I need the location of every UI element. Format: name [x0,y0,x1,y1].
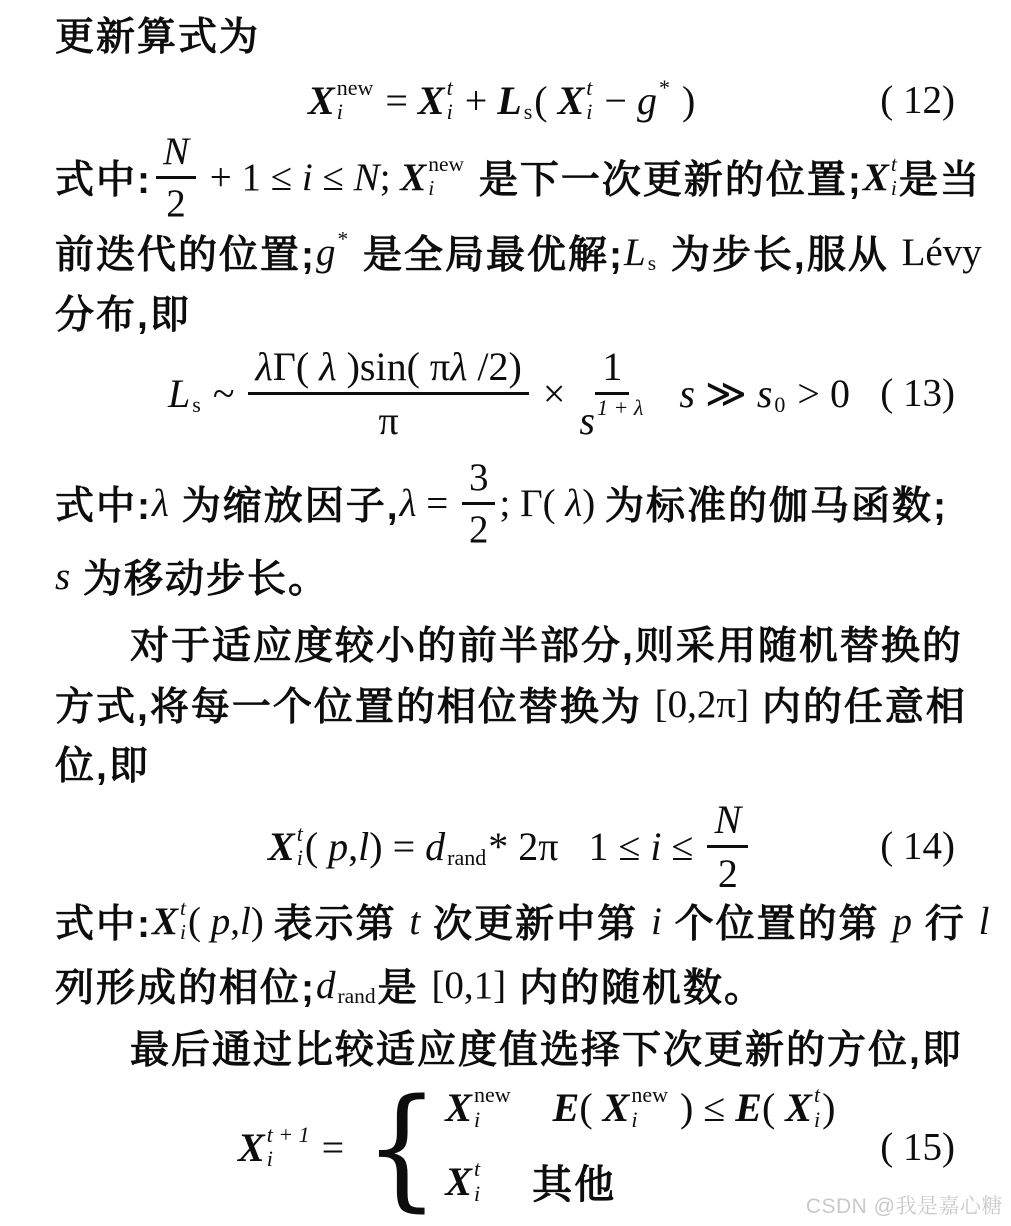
text-fragment: 是下一次更新的位置; [466,149,863,205]
text-fragment: ( [762,1084,785,1131]
text-fragment: ) = [369,823,425,870]
left-brace: { [364,1088,439,1207]
text-fragment: 分布,即 [55,284,191,340]
text-fragment: π [379,397,399,444]
variable: Xti [445,1158,482,1205]
text-fragment: s [55,554,70,599]
text-fragment: = [312,1124,355,1171]
text-fragment: l [358,823,369,870]
text-fragment: 其他 [532,1153,616,1210]
text-fragment: ( [579,1084,602,1131]
variable: Ls [168,370,203,417]
equation-15-number: ( 15) [880,1125,955,1170]
variable: Xnewi [308,77,375,124]
text-fragment: p [892,899,912,944]
text-fragment: λ [565,481,582,526]
text-fragment: ≤ [313,155,354,200]
text-fragment: l [979,899,990,944]
equation-15-lhs: Xt + 1i = [238,1124,354,1171]
text-fragment: 为移动步长。 [70,548,329,604]
variable: Ls [624,229,658,274]
variable: Xnewi [445,1084,512,1131]
text-fragment: 是当 [899,149,981,205]
text-fragment: Lévy [902,230,982,275]
text-fragment: i [302,155,313,200]
text-fragment: ≫ [695,370,757,417]
text-fragment: λ [152,481,169,526]
variable: g* [637,77,672,124]
text-fragment: 对于适应度较小的前半部分,则采用随机替换的 [130,615,963,671]
text-fragment: i [651,899,662,944]
text-fragment: )sin( π [337,343,451,390]
text-fragment: l [240,899,251,944]
text-fragment: ) [582,481,605,526]
text-fragment: × [533,370,576,417]
equation-15-cases: Xnewi E( Xnewi ) ≤ E( Xti) Xti 其他 [445,1084,835,1210]
variable: Xti [785,1084,822,1131]
text-fragment: p [328,823,348,870]
text-fragment: 式中: [55,893,152,949]
csdn-watermark: CSDN @我是嘉心糖 [806,1190,1003,1220]
equation-13-number: ( 13) [880,371,955,416]
text-fragment: ( [305,823,328,870]
equation-13: Ls ~ λΓ( λ )sin( πλ /2)π × 1s1 + λ s ≫ s… [0,338,1011,448]
text-fragment: t [409,899,420,944]
text-fragment: N [163,129,189,174]
paragraph-line: 前迭代的位置;g* 是全局最优解;Ls 为步长,服从 Lévy [55,212,982,292]
text-fragment: N [354,155,380,200]
variable: Xti [268,823,305,870]
variable: Xnewi [603,1084,670,1131]
fraction: 32 [462,455,496,552]
equation-14-number: ( 14) [880,824,955,869]
equation-15-body: Xt + 1i = { Xnewi E( Xnewi ) ≤ E( Xti) X… [238,1082,835,1212]
text-fragment: − [594,77,637,124]
text-fragment: ~ [203,370,245,417]
text-fragment: 为标准的伽马函数; [605,475,948,531]
paragraph-line: 式中:λ 为缩放因子,λ = 32; Γ( λ) 为标准的伽马函数; [55,458,948,548]
text-fragment: > 0 [787,370,850,417]
paragraph-line: 位,即 [55,723,150,803]
text-fragment: ( [188,899,211,944]
case-row-bottom: Xti 其他 [445,1153,835,1210]
text-fragment: ) [672,77,695,124]
text-fragment: 是全局最优解; [350,224,624,280]
text-fragment: ) ≤ [670,1084,735,1131]
text-fragment [649,370,679,417]
equation-12-body: Xnewi = Xti + Ls( Xti − g* ) [308,60,695,140]
case-row-top: Xnewi E( Xnewi ) ≤ E( Xti) [445,1084,835,1131]
text-fragment: ( [534,77,557,124]
text-fragment: + [455,77,498,124]
text-fragment: E [735,1084,762,1131]
text-fragment: 2 [469,507,489,552]
text-fragment: 次更新中第 [420,893,651,949]
text-fragment: * 2π 1 ≤ [488,823,650,870]
text-fragment: 内的随机数。 [506,957,765,1013]
text-fragment: 位,即 [55,735,150,791]
text-fragment: 表示第 [274,893,410,949]
text-fragment: ) [251,899,274,944]
equation-13-body: Ls ~ λΓ( λ )sin( πλ /2)π × 1s1 + λ s ≫ s… [168,338,850,448]
text-fragment: ; Γ( [499,481,565,526]
text-fragment: λ [450,343,467,390]
paper-page: { "intro": { "line1": [ {"k":"zh","t":"更… [0,0,1011,1226]
paragraph-line: 式中:N2 + 1 ≤ i ≤ N; Xnewi 是下一次更新的位置;Xti是当 [55,137,981,217]
text-fragment [513,1084,553,1131]
text-fragment: [0,1] [431,963,506,1008]
text-fragment: Γ( [273,343,319,390]
text-fragment: ) [822,1084,835,1131]
text-fragment: 列形成的相位; [55,957,316,1013]
text-fragment: + 1 ≤ [200,155,302,200]
text-fragment: 式中: [55,475,152,531]
text-fragment: ; [380,155,401,200]
text-fragment: λ [319,343,336,390]
text-fragment: s [679,370,695,417]
text-fragment: 3 [469,455,489,500]
text-fragment: /2) [467,343,521,390]
text-fragment: [0,2π] [655,682,749,727]
variable: Xti [418,77,455,124]
variable: Xnewi [400,154,466,199]
variable: Xt + 1i [238,1124,312,1171]
text-fragment: i [650,823,661,870]
text-fragment: 个位置的第 [662,893,893,949]
variable: drand [425,823,488,870]
variable: drand [316,962,378,1007]
fraction: λΓ( λ )sin( πλ /2)π [248,343,528,444]
text-fragment: λ [255,343,272,390]
text-fragment: 1 [602,343,622,390]
text-fragment [482,1158,532,1205]
variable: Xti [152,898,188,943]
text-fragment: 式中: [55,149,152,205]
variable: Xti [558,77,595,124]
text-fragment: 更新算式为 [55,6,260,62]
paragraph-line: 方式,将每一个位置的相位替换为 [0,2π] 内的任意相 [55,664,967,744]
text-fragment: E [553,1084,580,1131]
fraction: N2 [156,129,196,226]
variable: Xti [863,154,899,199]
variable: s1 + λ [579,397,645,444]
text-fragment: = [375,77,418,124]
text-fragment: 行 [912,893,979,949]
text-fragment: N [714,796,741,843]
text-fragment: , [348,823,358,870]
text-fragment: 为缩放因子, [169,475,400,531]
text-fragment: 为步长,服从 [658,224,902,280]
text-fragment: , [230,899,240,944]
text-fragment: 是 [378,957,432,1013]
fraction: 1s1 + λ [579,343,645,444]
variable: g* [316,229,350,274]
text-fragment: p [211,899,231,944]
text-fragment: λ [400,481,417,526]
paragraph-line: 最后通过比较适应度值选择下次更新的方位,即 [130,1007,963,1087]
text-fragment: ≤ [662,823,704,870]
equation-12-number: ( 12) [880,78,955,123]
variable: s0 [757,370,788,417]
text-fragment: = [416,481,458,526]
equation-12: Xnewi = Xti + Ls( Xti − g* ) ( 12) [0,60,1011,140]
variable: Ls [497,77,534,124]
text-fragment: 最后通过比较适应度值选择下次更新的方位,即 [130,1019,963,1075]
text-fragment: 内的任意相 [749,676,967,732]
